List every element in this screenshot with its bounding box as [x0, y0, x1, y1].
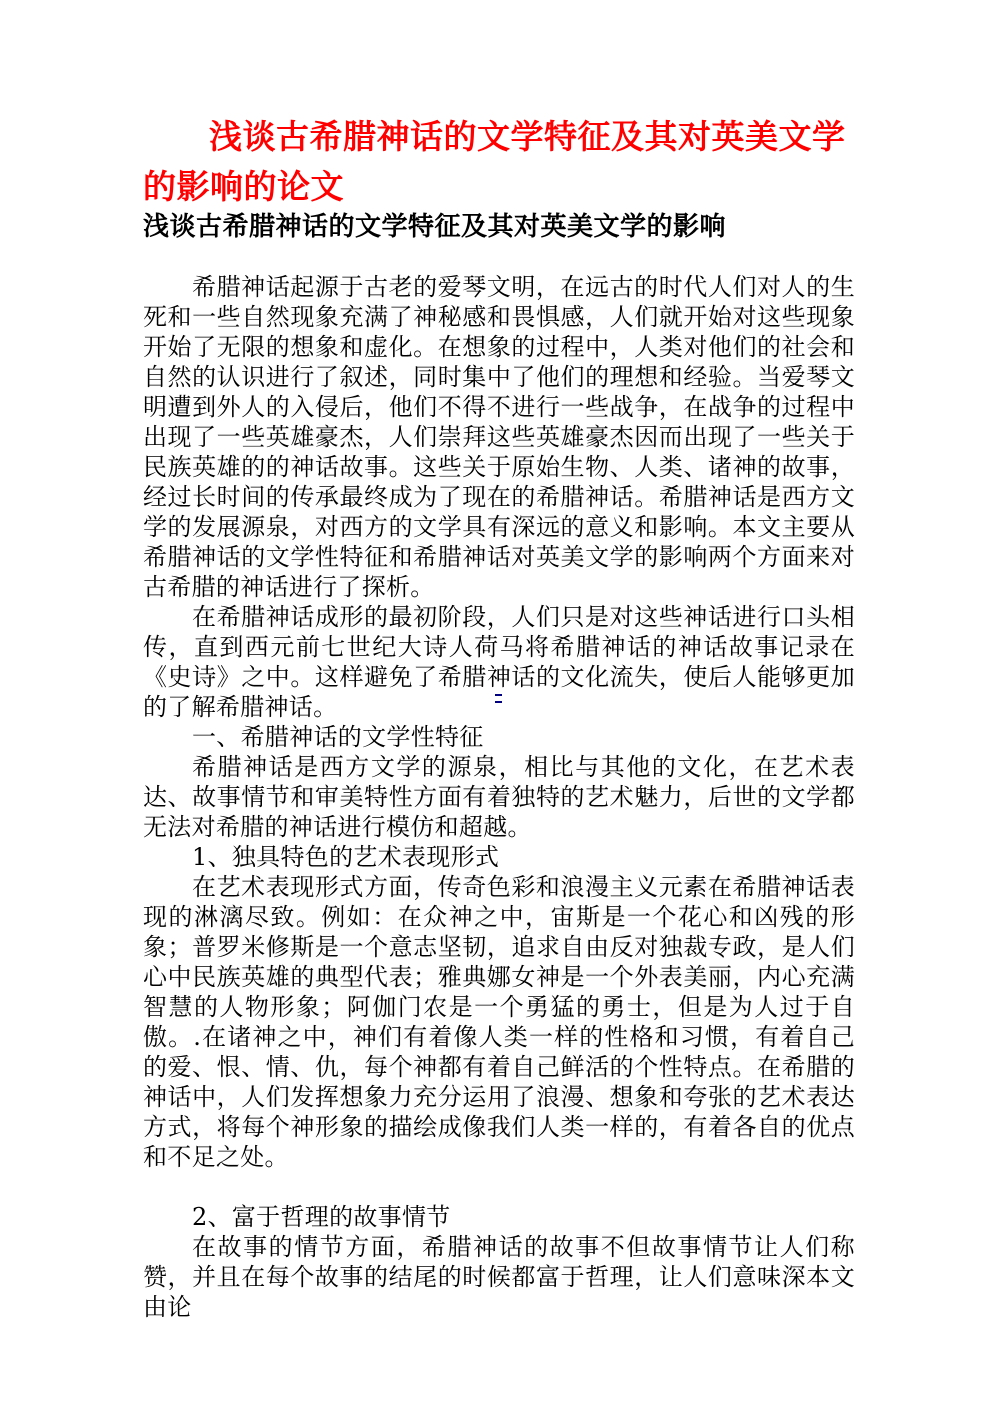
stray-mark [495, 694, 502, 703]
paragraph-story-plots: 在故事的情节方面，希腊神话的故事不但故事情节让人们称赞，并且在每个故事的结尾的时… [143, 1232, 855, 1322]
paragraph-oral-tradition: 在希腊神话成形的最初阶段，人们只是对这些神话进行口头相传，直到西元前七世纪大诗人… [143, 602, 855, 722]
paragraph-source-of-western-literature: 希腊神话是西方文学的源泉，相比与其他的文化，在艺术表达、故事情节和审美特性方面有… [143, 752, 855, 842]
page-title: 浅谈古希腊神话的文学特征及其对英美文学的影响的论文 [143, 112, 855, 212]
subsection-heading-philosophical-plots: 2、富于哲理的故事情节 [143, 1202, 855, 1232]
blank-line [143, 242, 855, 272]
subsection-heading-artistic-form: 1、独具特色的艺术表现形式 [143, 842, 855, 872]
blank-line [143, 1172, 855, 1202]
section-heading-literary-features: 一、希腊神话的文学性特征 [143, 722, 855, 752]
document-subtitle: 浅谈古希腊神话的文学特征及其对英美文学的影响 [143, 212, 855, 242]
document-page: 浅谈古希腊神话的文学特征及其对英美文学的影响的论文 浅谈古希腊神话的文学特征及其… [143, 112, 855, 1322]
paragraph-artistic-expression: 在艺术表现形式方面，传奇色彩和浪漫主义元素在希腊神话表现的淋漓尽致。例如：在众神… [143, 872, 855, 1172]
paragraph-origin-intro: 希腊神话起源于古老的爱琴文明，在远古的时代人们对人的生死和一些自然现象充满了神秘… [143, 272, 855, 602]
